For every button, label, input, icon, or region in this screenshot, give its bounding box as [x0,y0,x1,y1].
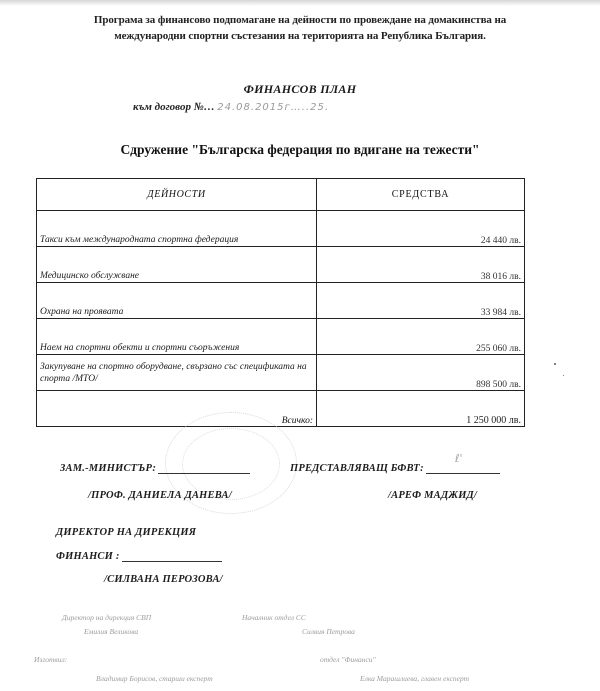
document-title: ФИНАНСОВ ПЛАН [0,82,600,97]
amount-cell: 38 016 лв. [317,247,525,283]
scan-speck [554,363,556,365]
total-label: Всичко: [37,391,317,427]
table-row: Медицинско обслужване 38 016 лв. [37,247,525,283]
activity-cell: Закупуване на спортно оборудване, свърза… [37,355,317,391]
amount-cell: 24 440 лв. [317,211,525,247]
table-row: Такси към международната спортна федерац… [37,211,525,247]
scan-speck [563,375,564,376]
approval-right1-title: Началник отдел СС [242,613,306,622]
table-row: Закупуване на спортно оборудване, свърза… [37,355,525,391]
director-signature: ФИНАНСИ : [56,551,222,562]
contract-label: към договор № [133,101,204,113]
signature-mark: ℓ' [455,452,463,465]
contract-dots: … [204,101,216,113]
approval-left1-title: Директор на дирекция СВП [62,613,151,622]
amount-cell: 255 060 лв. [317,319,525,355]
activity-cell: Наем на спортни обекти и спортни съоръже… [37,319,317,355]
table-row: Охрана на проявата 33 984 лв. [37,283,525,319]
representative-label: ПРЕДСТАВЛЯВАЩ БФВТ: [290,463,424,474]
organization-name: Сдружение "Българска федерация по вдиган… [0,142,600,158]
contract-reference: към договор №…24.08.2015г…..25. [133,101,329,113]
program-line-2: международни спортни състезания на терит… [0,28,600,44]
signature-line [158,472,250,474]
activity-cell: Медицинско обслужване [37,247,317,283]
amount-cell: 898 500 лв. [317,355,525,391]
program-line-1: Програма за финансово подпомагане на дей… [0,12,600,28]
representative-name: /АРЕФ МАДЖИД/ [388,490,477,501]
deputy-minister-label: ЗАМ.-МИНИСТЪР: [60,463,156,474]
approval-right1-name: Силвия Петрова [302,627,355,636]
activity-cell: Охрана на проявата [37,283,317,319]
scan-top-shadow [0,0,600,6]
director-name: /СИЛВАНА ПЕРОЗОВА/ [104,574,223,585]
table-total-row: Всичко: 1 250 000 лв. [37,391,525,427]
total-amount: 1 250 000 лв. [317,391,525,427]
director-label-line-1: ДИРЕКТОР НА ДИРЕКЦИЯ [56,527,196,538]
approval-right2-title: отдел "Финанси" [320,655,376,664]
activity-cell: Такси към международната спортна федерац… [37,211,317,247]
deputy-minister-signature: ЗАМ.-МИНИСТЪР: [60,463,250,474]
representative-signature: ПРЕДСТАВЛЯВАЩ БФВТ: [290,463,500,474]
table-row: Наем на спортни обекти и спортни съоръже… [37,319,525,355]
approval-left1-name: Емилия Великова [84,627,138,636]
financial-plan-table: ДЕЙНОСТИ СРЕДСТВА Такси към международна… [36,178,525,427]
approval-right2-name: Елка Марашлиева, главен експерт [360,674,469,683]
signature-line [426,472,500,474]
column-header-activities: ДЕЙНОСТИ [37,179,317,211]
amount-cell: 33 984 лв. [317,283,525,319]
contract-number-handwritten: 24.08.2015г…..25. [217,102,329,113]
director-label-line-2: ФИНАНСИ : [56,551,120,562]
column-header-funds: СРЕДСТВА [317,179,525,211]
approval-left2-title: Изготвил: [34,655,67,664]
signature-line [122,560,222,562]
approval-left2-name: Владимир Борисов, старши експерт [96,674,213,683]
deputy-minister-name: /ПРОФ. ДАНИЕЛА ДАНЕВА/ [88,490,232,501]
table-header-row: ДЕЙНОСТИ СРЕДСТВА [37,179,525,211]
program-heading: Програма за финансово подпомагане на дей… [0,12,600,44]
